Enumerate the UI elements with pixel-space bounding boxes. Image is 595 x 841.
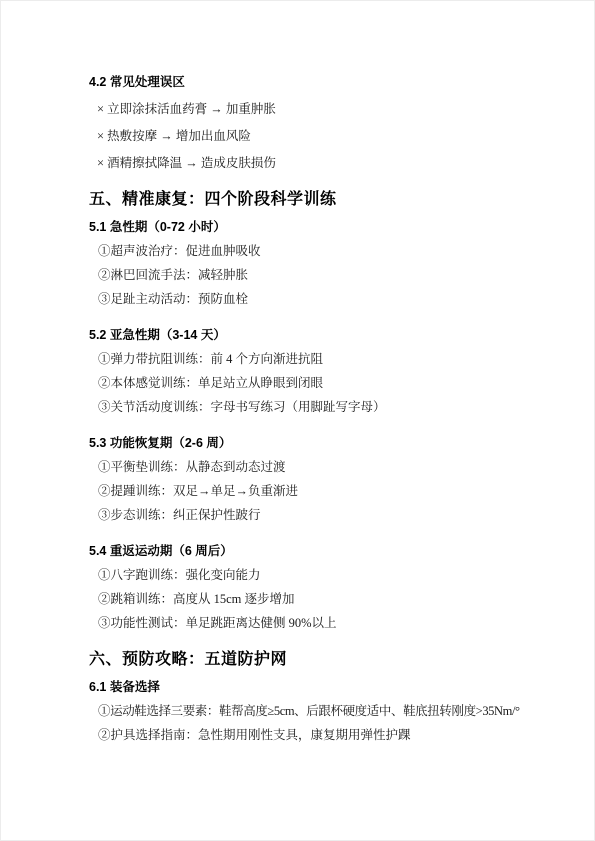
section-heading-5-2: 5.2 亚急性期（3-14 天） [89,328,514,343]
numbered-item: ②提踵训练：双足→单足→负重渐进 [89,484,514,499]
numbered-item: ①八字跑训练：强化变向能力 [89,568,514,583]
numbered-item: ③足趾主动活动：预防血栓 [89,292,514,307]
section-heading-5-4: 5.4 重返运动期（6 周后） [89,544,514,559]
numbered-item: ②淋巴回流手法：减轻肿胀 [89,268,514,283]
cross-bullet-item: × 立即涂抹活血药膏 → 加重肿胀 [89,102,514,117]
chapter-heading-5: 五、精准康复：四个阶段科学训练 [89,190,514,210]
section-heading-6-1: 6.1 装备选择 [89,680,514,695]
numbered-item: ①平衡垫训练：从静态到动态过渡 [89,460,514,475]
section-heading-5-3: 5.3 功能恢复期（2-6 周） [89,436,514,451]
numbered-item: ③功能性测试：单足跳距离达健侧 90%以上 [89,616,514,631]
numbered-item: ②本体感觉训练：单足站立从睁眼到闭眼 [89,376,514,391]
numbered-item: ①超声波治疗：促进血肿吸收 [89,244,514,259]
document-page: 4.2 常见处理误区 × 立即涂抹活血药膏 → 加重肿胀 × 热敷按摩 → 增加… [0,0,595,841]
numbered-item: ③关节活动度训练：字母书写练习（用脚趾写字母） [89,400,514,415]
section-heading-5-1: 5.1 急性期（0-72 小时） [89,220,514,235]
cross-bullet-item: × 酒精擦拭降温 → 造成皮肤损伤 [89,156,514,171]
cross-bullet-item: × 热敷按摩 → 增加出血风险 [89,129,514,144]
numbered-item: ①弹力带抗阻训练：前 4 个方向渐进抗阻 [89,352,514,367]
chapter-heading-6: 六、预防攻略：五道防护网 [89,650,514,670]
numbered-item: ②护具选择指南：急性期用刚性支具，康复期用弹性护踝 [89,728,514,743]
numbered-item: ②跳箱训练：高度从 15cm 逐步增加 [89,592,514,607]
numbered-item: ③步态训练：纠正保护性跛行 [89,508,514,523]
numbered-item: ①运动鞋选择三要素：鞋帮高度≥5cm、后跟杯硬度适中、鞋底扭转刚度>35Nm/° [89,704,514,719]
section-heading-4-2: 4.2 常见处理误区 [89,75,514,90]
